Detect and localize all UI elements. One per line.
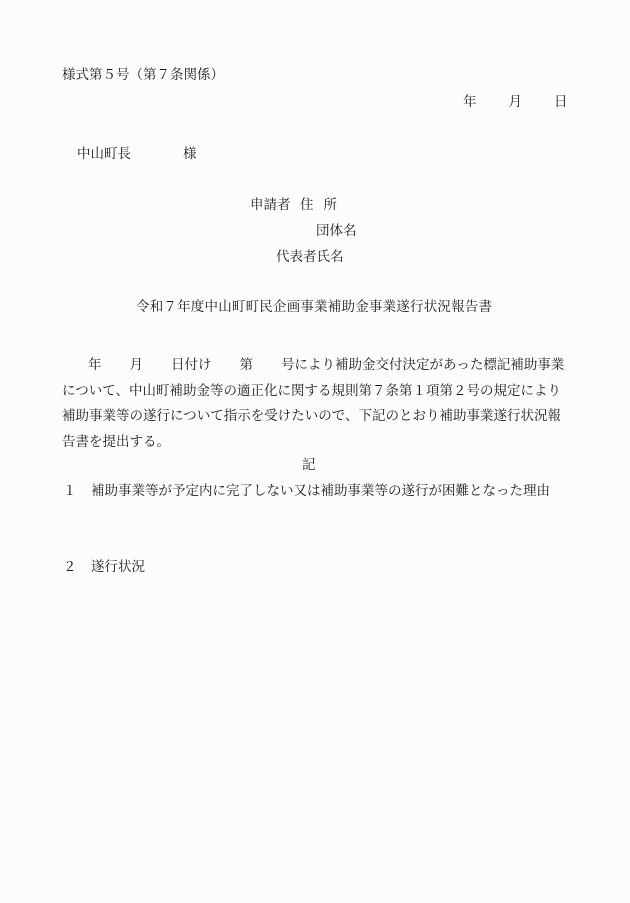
document-title: 令和７年度中山町町民企画事業補助金事業遂行状況報告書 (136, 301, 492, 315)
month-label: 月 (509, 96, 523, 110)
body-month: 月 (130, 357, 144, 373)
body-line-2: について、中山町補助金等の適正化に関する規則第７条第１項第２号の規定により (62, 379, 562, 405)
addressee: 中山町長様 (77, 148, 197, 162)
section-2-number: ２ (63, 561, 91, 575)
section-2: ２遂行状況 (63, 561, 145, 575)
body-year: 年 (88, 357, 102, 373)
day-label: 日 (554, 96, 568, 110)
applicant-label: 申請者 (250, 199, 291, 213)
address-label: 住所 (300, 199, 347, 213)
section-2-label: 遂行状況 (91, 559, 145, 575)
ki-heading: 記 (302, 459, 316, 473)
body-day: 日付け (171, 357, 212, 373)
body-line-4: 告書を提出する。 (62, 430, 562, 456)
section-1-label: 補助事業等が予定内に完了しない又は補助事業等の遂行が困難となった理由 (91, 483, 550, 499)
body-line-3: 補助事業等の遂行について指示を受けたいので、下記のとおり補助事業遂行状況報 (62, 404, 562, 430)
body-number-prefix: 第 (240, 357, 254, 373)
organization-label: 団体名 (316, 225, 357, 239)
date-line: 年月日 (463, 96, 568, 110)
body-line-1-rest: 号により補助金交付決定があった標記補助事業 (281, 357, 564, 373)
form-number: 様式第５号（第７条関係） (62, 69, 224, 83)
representative-label: 代表者氏名 (276, 251, 344, 265)
addressee-name: 中山町長 (77, 146, 131, 162)
body-paragraph: 年月日付け第号により補助金交付決定があった標記補助事業 について、中山町補助金等… (62, 353, 562, 455)
body-line-1: 年月日付け第号により補助金交付決定があった標記補助事業 (62, 353, 562, 379)
year-label: 年 (463, 96, 477, 110)
section-1: １補助事業等が予定内に完了しない又は補助事業等の遂行が困難となった理由 (63, 485, 550, 499)
addressee-honorific: 様 (183, 146, 197, 162)
section-1-number: １ (63, 485, 91, 499)
